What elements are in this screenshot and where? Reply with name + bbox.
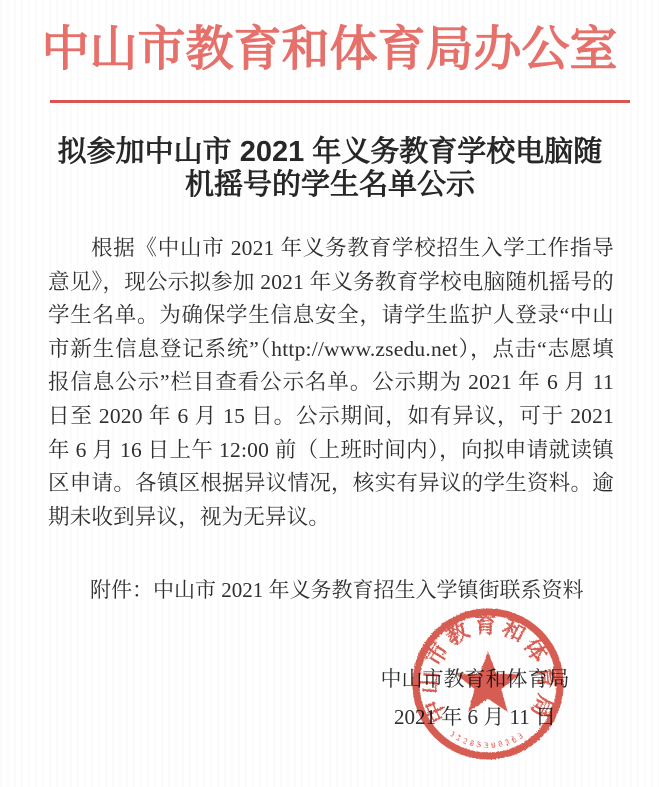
scanned-official-document: 中山市教育和体育局办公室 拟参加中山市 2021 年义务教育学校电脑随机摇号的学… xyxy=(0,0,659,787)
official-seal-stamp: 中山市教育和体育局 11205300363 xyxy=(408,604,568,764)
letterhead-divider-line xyxy=(50,100,630,103)
letterhead-org-name: 中山市教育和体育局办公室 xyxy=(0,20,659,80)
seal-star-icon xyxy=(456,651,520,712)
attachment-line: 附件：中山市 2021 年义务教育招生入学镇街联系资料 xyxy=(48,576,614,604)
document-title: 拟参加中山市 2021 年义务教育学校电脑随机摇号的学生名单公示 xyxy=(44,136,616,202)
body-paragraph: 根据《中山市 2021 年义务教育学校招生入学工作指导意见》，现公示拟参加 20… xyxy=(48,232,614,534)
